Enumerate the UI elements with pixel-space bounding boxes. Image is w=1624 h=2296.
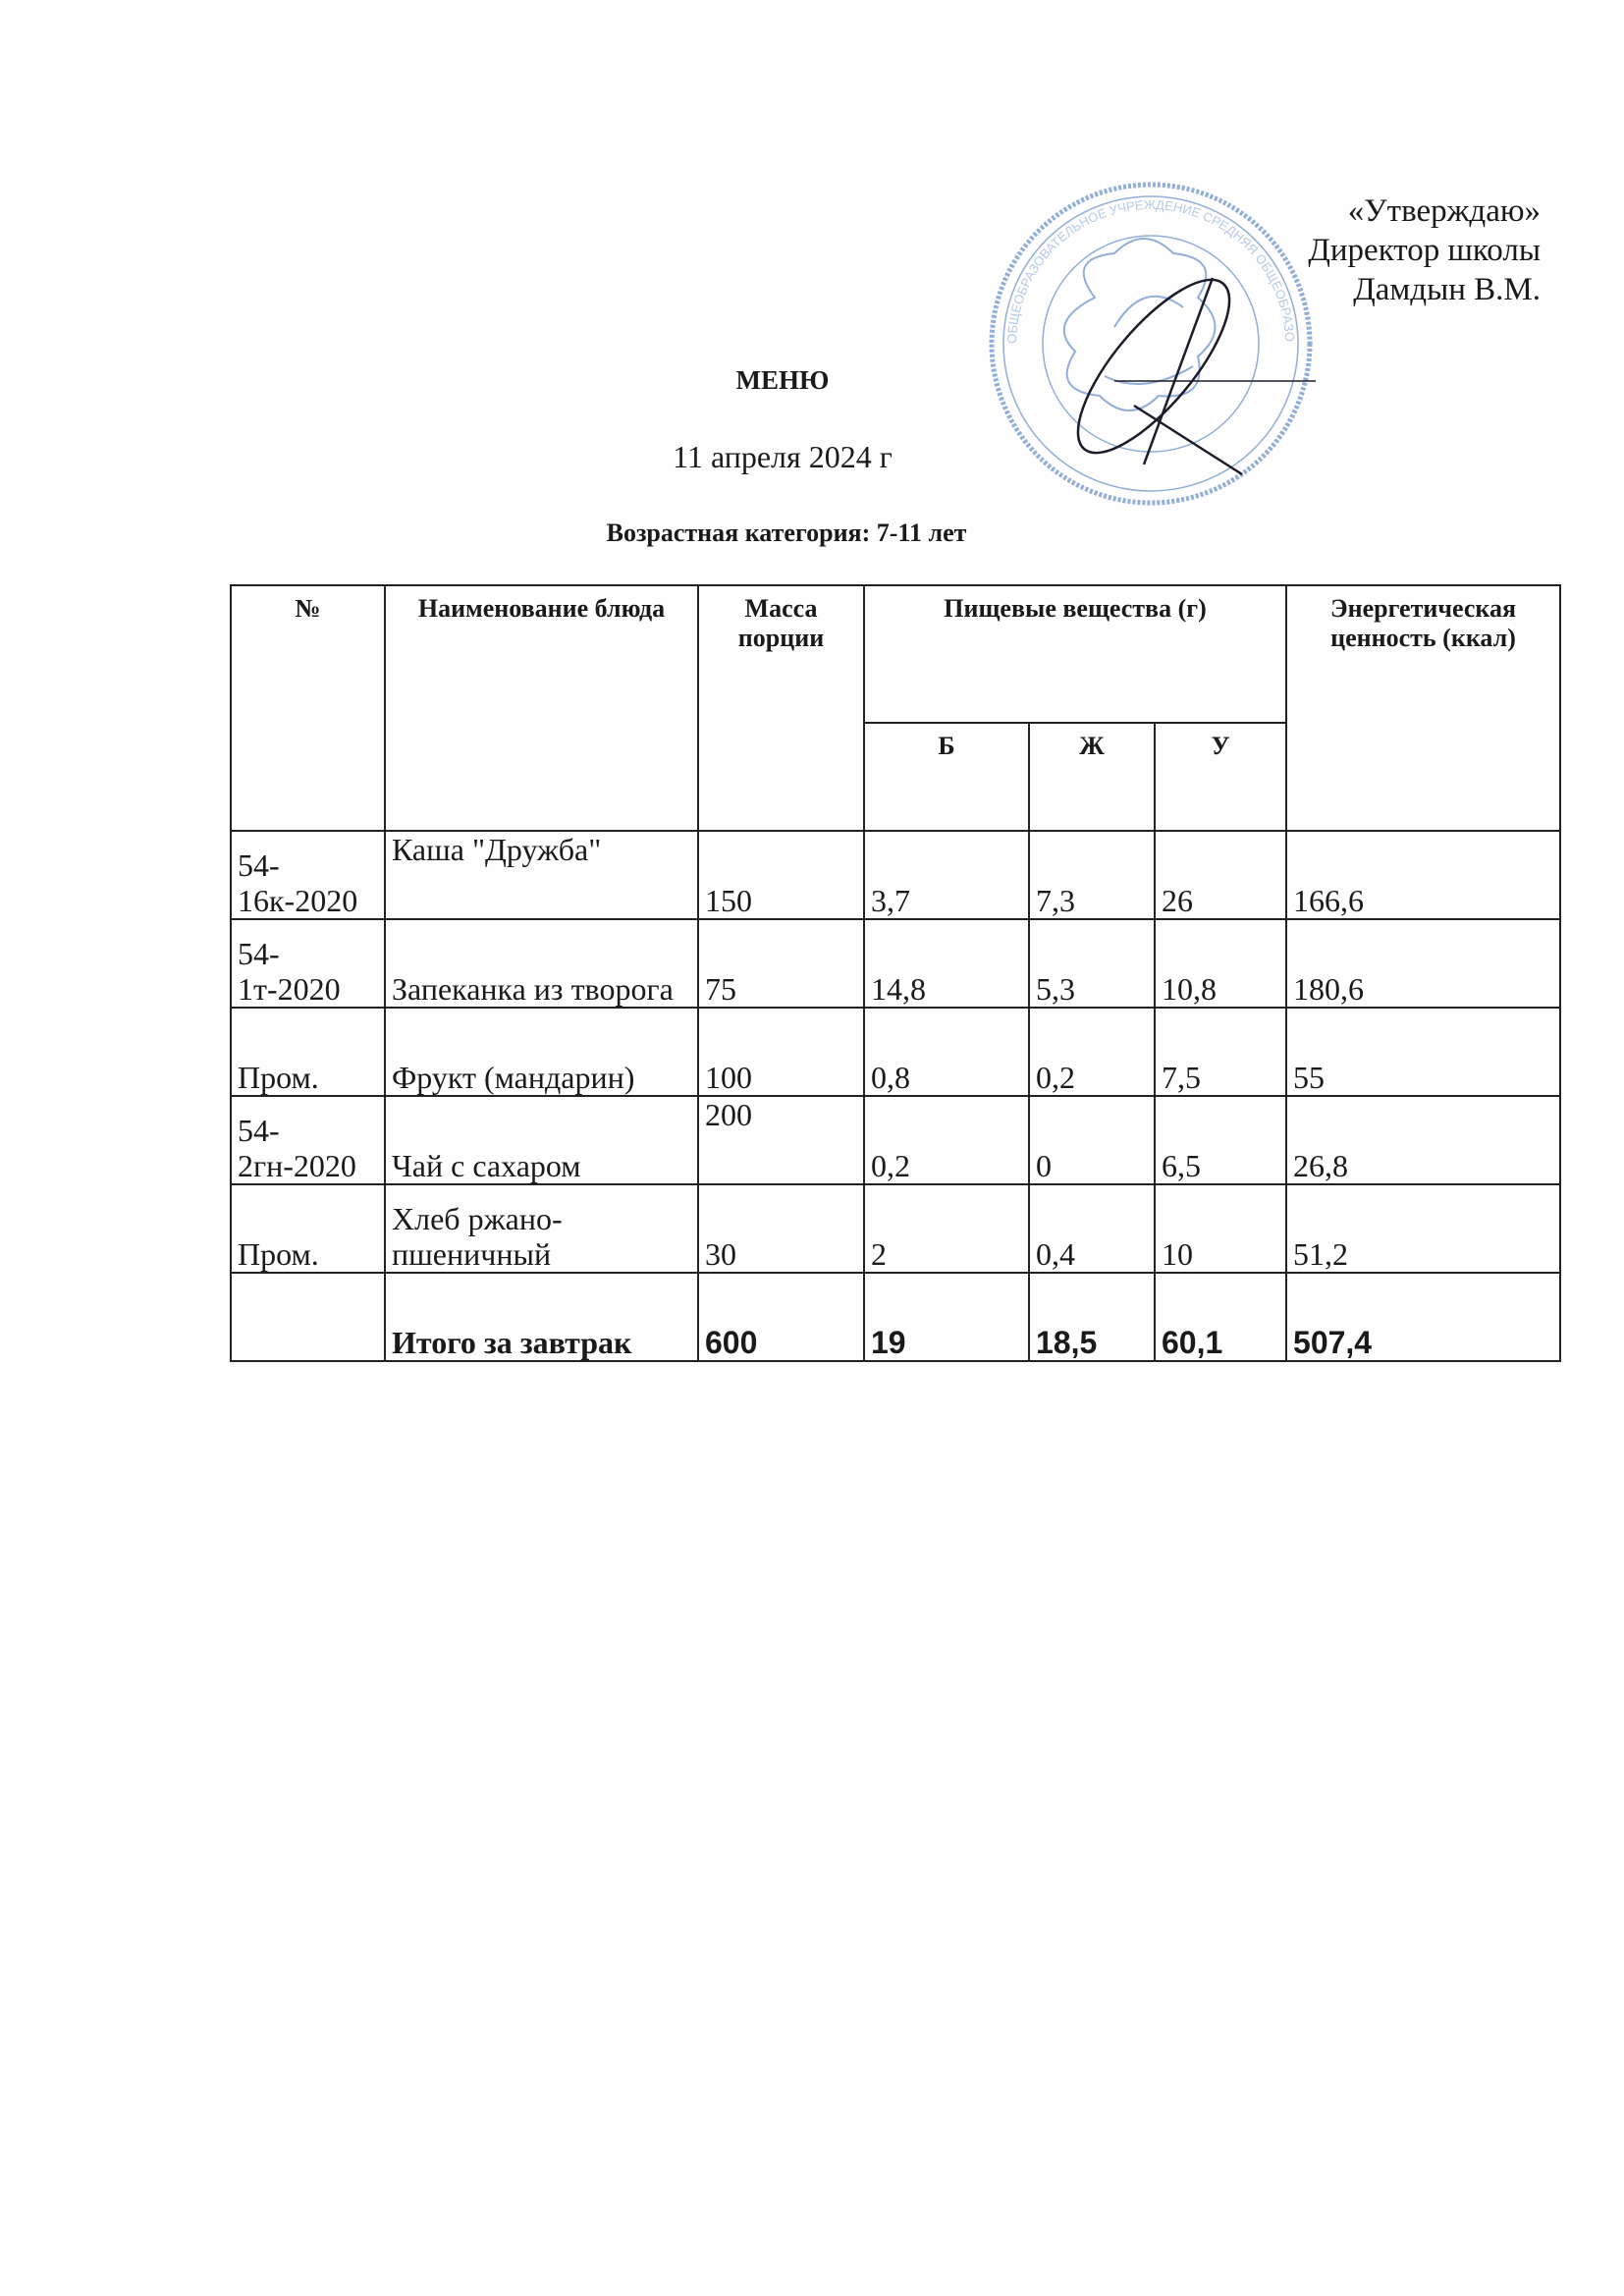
cell-carbs: 6,5 [1155,1096,1286,1184]
cell-num [231,1273,385,1361]
cell-name: Запеканка из творога [385,919,698,1008]
cell-kcal: 26,8 [1286,1096,1560,1184]
approval-line-position: Директор школы [1308,231,1541,270]
header-protein: Б [864,723,1029,831]
menu-table: № Наименование блюда Масса порции Пищевы… [230,584,1561,1362]
header-energy: Энергетическая ценность (ккал) [1286,585,1560,831]
cell-name: Каша "Дружба" [385,831,698,919]
cell-total-carbs: 60,1 [1155,1273,1286,1361]
header-portion-mass: Масса порции [698,585,864,831]
approval-block: «Утверждаю» Директор школы Дамдын В.М. [1308,191,1541,309]
cell-carbs: 26 [1155,831,1286,919]
approval-line-signatory: Дамдын В.М. [1308,270,1541,309]
cell-name: Фрукт (мандарин) [385,1008,698,1096]
cell-carbs: 10,8 [1155,919,1286,1008]
cell-num: 54-2гн-2020 [231,1096,385,1184]
header-carbs: У [1155,723,1286,831]
cell-carbs: 7,5 [1155,1008,1286,1096]
svg-text:ОБЩЕОБРАЗОВАТЕЛЬНОЕ УЧРЕЖДЕНИЕ: ОБЩЕОБРАЗОВАТЕЛЬНОЕ УЧРЕЖДЕНИЕ СРЕДНЯЯ О… [987,180,1297,344]
cell-fat: 5,3 [1029,919,1155,1008]
cell-mass: 30 [698,1184,864,1273]
cell-total-mass: 600 [698,1273,864,1361]
approval-line-approve: «Утверждаю» [1308,191,1541,231]
stamp-text: ОБЩЕОБРАЗОВАТЕЛЬНОЕ УЧРЕЖДЕНИЕ СРЕДНЯЯ О… [987,180,1297,344]
cell-protein: 3,7 [864,831,1029,919]
cell-total-kcal: 507,4 [1286,1273,1560,1361]
table-row: 54-16к-2020 Каша "Дружба" 150 3,7 7,3 26… [231,831,1560,919]
page-title: МЕНЮ [0,365,1595,396]
table-row: Пром. Фрукт (мандарин) 100 0,8 0,2 7,5 5… [231,1008,1560,1096]
cell-fat: 0,4 [1029,1184,1155,1273]
table-row: 54-2гн-2020 Чай с сахаром 200 0,2 0 6,5 … [231,1096,1560,1184]
cell-kcal: 51,2 [1286,1184,1560,1273]
cell-fat: 7,3 [1029,831,1155,919]
cell-total-protein: 19 [864,1273,1029,1361]
header-num: № [231,585,385,831]
cell-fat: 0 [1029,1096,1155,1184]
cell-kcal: 180,6 [1286,919,1560,1008]
table-row: Пром. Хлеб ржано-пшеничный 30 2 0,4 10 5… [231,1184,1560,1273]
cell-protein: 0,8 [864,1008,1029,1096]
cell-fat: 0,2 [1029,1008,1155,1096]
header-dish-name: Наименование блюда [385,585,698,831]
cell-total-label: Итого за завтрак [385,1273,698,1361]
cell-kcal: 55 [1286,1008,1560,1096]
cell-mass: 100 [698,1008,864,1096]
cell-name: Чай с сахаром [385,1096,698,1184]
cell-carbs: 10 [1155,1184,1286,1273]
cell-mass: 75 [698,919,864,1008]
cell-num: Пром. [231,1184,385,1273]
cell-protein: 14,8 [864,919,1029,1008]
table-row: 54-1т-2020 Запеканка из творога 75 14,8 … [231,919,1560,1008]
header-nutrients: Пищевые вещества (г) [864,585,1286,723]
cell-num: Пром. [231,1008,385,1096]
cell-num: 54-16к-2020 [231,831,385,919]
age-category: Возрастная категория: 7-11 лет [0,519,1598,548]
cell-total-fat: 18,5 [1029,1273,1155,1361]
total-row: Итого за завтрак 600 19 18,5 60,1 507,4 [231,1273,1560,1361]
cell-mass: 200 [698,1096,864,1184]
cell-protein: 0,2 [864,1096,1029,1184]
header-fat: Ж [1029,723,1155,831]
cell-name: Хлеб ржано-пшеничный [385,1184,698,1273]
menu-date: 11 апреля 2024 г [0,439,1595,475]
cell-mass: 150 [698,831,864,919]
cell-kcal: 166,6 [1286,831,1560,919]
cell-num: 54-1т-2020 [231,919,385,1008]
cell-protein: 2 [864,1184,1029,1273]
